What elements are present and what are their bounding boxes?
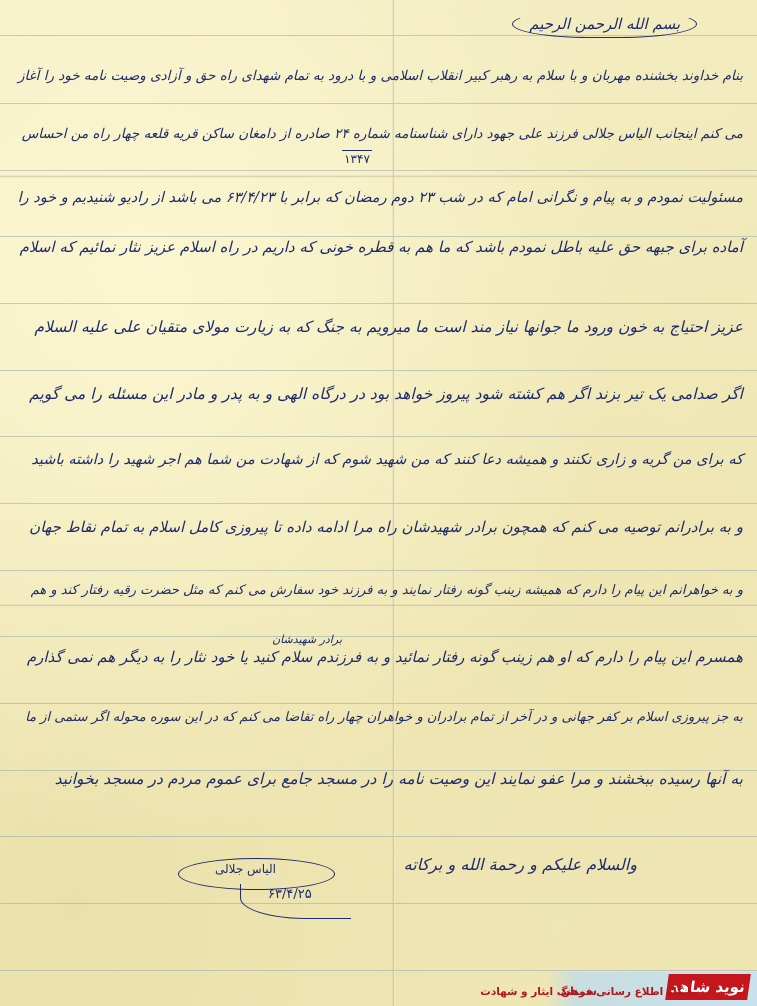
- ruled-line: [0, 703, 757, 704]
- ruled-line: [0, 970, 757, 971]
- ruled-line: [0, 236, 757, 237]
- ruled-line: [0, 636, 757, 637]
- ruled-line: [0, 436, 757, 437]
- ruled-line: [0, 570, 757, 571]
- letter-line: مسئولیت نمودم و به پیام و نگرانی امام که…: [18, 190, 743, 206]
- ruled-line: [0, 303, 757, 304]
- signature-name: الیاس جلالی: [215, 862, 276, 876]
- signature-date: ۶۳/۴/۲۵: [268, 887, 312, 902]
- ruled-line: [0, 103, 757, 104]
- letter-line: می کنم اینجانب الیاس جلالی فرزند علی جهو…: [22, 126, 743, 142]
- watermark-banner: نوید شاهد پایگاه اطلاع رسانی فرهنگ ایثار…: [545, 972, 757, 1006]
- fold-crease-horizontal: [0, 175, 757, 178]
- ruled-line: [0, 836, 757, 837]
- fold-crease-vertical: [392, 0, 395, 1006]
- ruled-line: [0, 170, 757, 171]
- letter-line: به جز پیروزی اسلام بر کفر جهانی و در آخر…: [25, 710, 743, 725]
- ruled-line: [0, 370, 757, 371]
- watermark-city: سمنان: [561, 985, 597, 998]
- letter-line: آماده برای جبهه حق علیه باطل نمودم باشد …: [20, 238, 743, 256]
- ruled-line: [0, 503, 757, 504]
- ruled-line: [0, 903, 757, 904]
- letter-line: بنام خداوند بخشنده مهربان و با سلام به ر…: [18, 68, 743, 84]
- letter-line: همسرم این پیام را دارم که او هم زینب گون…: [27, 648, 743, 666]
- fold-crease-horizontal: [0, 604, 757, 607]
- closing-salutation: والسلام علیکم و رحمة الله و برکاته: [404, 855, 637, 874]
- letter-line: به آنها رسیده ببخشند و مرا عفو نمایند ای…: [55, 770, 743, 788]
- insert-note: برادر شهیدشان: [272, 633, 342, 646]
- letter-line: که برای من گریه و زاری نکنند و همیشه دعا…: [31, 452, 743, 468]
- basmala-heading: بسم الله الرحمن الرحیم: [512, 10, 697, 38]
- letter-line: عزیز احتیاج به خون ورود ما جوانها نیاز م…: [34, 318, 743, 336]
- letter-line: و به خواهرانم این پیام را دارم که همیشه …: [31, 583, 743, 598]
- id-number-annotation: ۱۳۴۷: [342, 150, 372, 166]
- letter-line: اگر صدامی یک تیر بزند اگر هم کشته شود پی…: [29, 385, 743, 403]
- letter-line: و به برادرانم توصیه می کنم که همچون براد…: [29, 518, 743, 536]
